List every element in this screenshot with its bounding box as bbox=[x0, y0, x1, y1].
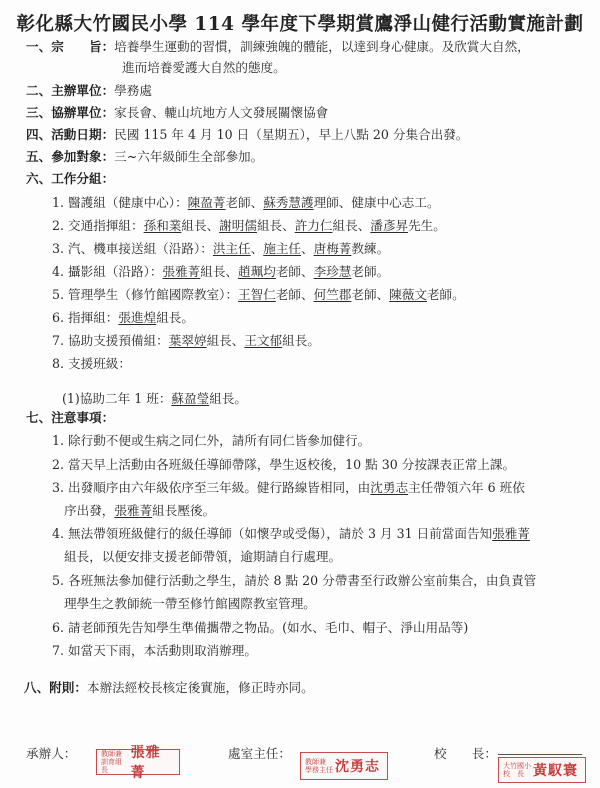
person-name: 潘彥昇 bbox=[370, 218, 408, 233]
person-name: 施主任 bbox=[263, 241, 301, 256]
group-prefix: 5. 管理學生（修竹館國際教室）： bbox=[52, 287, 238, 302]
person-name: 趙珮均 bbox=[238, 264, 276, 279]
note-item-5: 5. 各班無法參加健行活動之學生，請於 8 點 20 分帶書至行政辦公室前集合，… bbox=[52, 572, 536, 590]
section-label: 八、附則： bbox=[24, 680, 87, 695]
section-text: 本辦法經校長核定後實施，修正時亦同。 bbox=[87, 680, 314, 695]
section-label: 三、協辦單位： bbox=[26, 105, 114, 120]
group-item-1: 1. 醫護組（健康中心）：陳盈菁老師、蘇秀慧護理師、健康中心志工。 bbox=[52, 194, 440, 212]
person-name: 張雅菁 bbox=[492, 526, 530, 541]
group-text: 組長。 bbox=[156, 310, 194, 325]
stamp-name: 張雅菁 bbox=[131, 742, 175, 782]
handler-label: 承辦人： bbox=[26, 743, 76, 762]
stamp-title: 教師兼 訓育組長 bbox=[101, 750, 129, 774]
section-label: 四、活動日期： bbox=[26, 127, 114, 142]
group-text: 老師、 bbox=[351, 287, 389, 302]
person-name: 陳薇文 bbox=[389, 287, 427, 302]
person-name: 沈勇志 bbox=[370, 480, 408, 495]
group-text: 老師、 bbox=[276, 264, 314, 279]
person-name: 陳盈菁 bbox=[188, 195, 226, 210]
group-text: 老師。 bbox=[351, 264, 389, 279]
group-prefix: 6. 指揮組： bbox=[52, 310, 118, 325]
section-text: 培養學生運動的習慣，訓練強魄的體能，以達到身心健康。及欣賞大自然， bbox=[114, 39, 530, 54]
section-label: 六、工作分組： bbox=[26, 171, 114, 186]
note-text: 組長壓後。 bbox=[152, 503, 215, 518]
group-item-3: 3. 汽、機車接送組（沿路）：洪主任、施主任、唐梅菁教練。 bbox=[52, 240, 389, 258]
person-name: 何竺郡 bbox=[314, 287, 352, 302]
section-work-groups: 六、工作分組： bbox=[26, 170, 114, 188]
section-label: 七、注意事項： bbox=[26, 410, 114, 425]
group-item-5: 5. 管理學生（修竹館國際教室）：王智仁老師、何竺郡老師、陳薇文老師。 bbox=[52, 286, 465, 304]
document-page: 彰化縣大竹國民小學 114 學年度下學期賞鷹淨山健行活動實施計劃 一、宗 旨：培… bbox=[0, 0, 600, 788]
stamp-name: 沈勇志 bbox=[335, 756, 380, 776]
note-item-7: 7. 如當天下雨，本活動則取消辦理。 bbox=[52, 642, 257, 660]
person-name: 王智仁 bbox=[238, 287, 276, 302]
group-item-8: 8. 支援班級： bbox=[52, 355, 131, 373]
group-item-7: 7. 協助支援預備組：葉翠婷組長、王文郁組長。 bbox=[52, 332, 320, 350]
person-name: 葉翠婷 bbox=[169, 333, 207, 348]
note-item-4: 4. 無法帶領班級健行的級任導師（如懷孕或受傷），請於 3 月 31 日前當面告… bbox=[52, 525, 530, 543]
stamp-title: 教師兼 學務主任 bbox=[305, 758, 333, 774]
stamp-name: 黃馭寰 bbox=[533, 760, 578, 780]
section-purpose: 一、宗 旨：培養學生運動的習慣，訓練強魄的體能，以達到身心健康。及欣賞大自然， bbox=[26, 38, 530, 56]
group-prefix: 7. 協助支援預備組： bbox=[52, 333, 169, 348]
group-text: 老師。 bbox=[427, 287, 465, 302]
note-text: 4. 無法帶領班級健行的級任導師（如懷孕或受傷），請於 3 月 31 日前當面告… bbox=[52, 526, 492, 541]
section-label: 二、主辦單位： bbox=[26, 83, 114, 98]
person-name: 蘇秀慧護 bbox=[263, 195, 313, 210]
person-name: 張雅菁 bbox=[114, 503, 152, 518]
group-text: 組長、 bbox=[200, 264, 238, 279]
section-label: 五、參加對象： bbox=[26, 149, 114, 164]
note-text: 3. 出發順序由六年級依序至三年級。健行路線皆相同，由 bbox=[52, 480, 370, 495]
note-text: 序出發， bbox=[64, 503, 114, 518]
person-name: 洪主任 bbox=[213, 241, 251, 256]
support-suffix: 組長。 bbox=[209, 391, 247, 406]
note-item-3: 3. 出發順序由六年級依序至三年級。健行路線皆相同，由沈勇志主任帶領六年 6 班… bbox=[52, 479, 525, 497]
person-name: 唐梅菁 bbox=[314, 241, 352, 256]
group-text: 組長、 bbox=[333, 218, 371, 233]
group-prefix: 8. 支援班級： bbox=[52, 356, 131, 371]
note-text: 主任帶領六年 6 班依 bbox=[408, 480, 525, 495]
group-text: 組長。 bbox=[282, 333, 320, 348]
note-item-5-continued: 理學生之教師統一帶至修竹館國際教室管理。 bbox=[64, 595, 316, 613]
note-item-6: 6. 請老師預先告知學生準備攜帶之物品。(如水、毛巾、帽子、淨山用品等) bbox=[52, 619, 468, 637]
group-item-2: 2. 交通指揮組：孫和業組長、謝明儒組長、許力仁組長、潘彥昇先生。 bbox=[52, 217, 446, 235]
group-item-4: 4. 攝影組（沿路）：張雅菁組長、趙珮均老師、李珍慧老師。 bbox=[52, 263, 389, 281]
group-text: 先生。 bbox=[408, 218, 446, 233]
group-text: 理師、健康中心志工。 bbox=[314, 195, 440, 210]
group-text: 組長、 bbox=[257, 218, 295, 233]
section-text: 三~六年級師生全部參加。 bbox=[114, 149, 263, 164]
group-prefix: 1. 醫護組（健康中心）： bbox=[52, 195, 188, 210]
section-text: 學務處 bbox=[114, 83, 152, 98]
group-text: 、 bbox=[301, 241, 314, 256]
group-prefix: 2. 交通指揮組： bbox=[52, 218, 144, 233]
section-notes: 七、注意事項： bbox=[26, 409, 114, 427]
person-name: 李珍慧 bbox=[314, 264, 352, 279]
person-name: 蘇盈瑩 bbox=[171, 391, 209, 406]
support-prefix: (1)協助二年 1 班： bbox=[62, 391, 171, 406]
stamp-title: 大竹國小 校 長 bbox=[503, 762, 531, 778]
section-participants: 五、參加對象：三~六年級師生全部參加。 bbox=[26, 148, 263, 166]
group-prefix: 4. 攝影組（沿路）： bbox=[52, 264, 162, 279]
group-prefix: 3. 汽、機車接送組（沿路）： bbox=[52, 241, 213, 256]
principal-label: 校 長： bbox=[434, 743, 497, 762]
section-text: 家長會、轆山坑地方人文發展關懷協會 bbox=[114, 105, 328, 120]
principal-stamp: 大竹國小 校 長 黃馭寰 bbox=[498, 757, 586, 783]
group-text: 老師、 bbox=[276, 287, 314, 302]
group-text: 教練。 bbox=[351, 241, 389, 256]
note-item-1: 1. 除行動不便或生病之同仁外，請所有同仁皆參加健行。 bbox=[52, 432, 370, 450]
section-appendix: 八、附則：本辦法經校長核定後實施，修正時亦同。 bbox=[24, 679, 314, 697]
group-text: 組長、 bbox=[207, 333, 245, 348]
group-text: 老師、 bbox=[225, 195, 263, 210]
section-date: 四、活動日期：民國 115 年 4 月 10 日（星期五），早上八點 20 分集… bbox=[26, 126, 468, 144]
note-item-3-continued: 序出發，張雅菁組長壓後。 bbox=[64, 502, 215, 520]
handler-stamp: 教師兼 訓育組長 張雅菁 bbox=[96, 749, 180, 775]
section-label: 一、宗 旨： bbox=[26, 39, 114, 54]
note-item-4-continued: 組長，以便安排支援老師帶領，逾期請自行處理。 bbox=[64, 548, 341, 566]
director-label: 處室主任： bbox=[228, 743, 291, 762]
group-text: 、 bbox=[251, 241, 264, 256]
person-name: 孫和業 bbox=[144, 218, 182, 233]
support-class-item: (1)協助二年 1 班：蘇盈瑩組長。 bbox=[62, 390, 247, 408]
person-name: 張雅菁 bbox=[162, 264, 200, 279]
section-co-organizer: 三、協辦單位：家長會、轆山坑地方人文發展關懷協會 bbox=[26, 104, 328, 122]
note-item-2: 2. 當天早上活動由各班級任導師帶隊，學生返校後，10 點 30 分按課表正常上… bbox=[52, 456, 515, 474]
section-text: 民國 115 年 4 月 10 日（星期五），早上八點 20 分集合出發。 bbox=[114, 127, 468, 142]
principal-signature-line bbox=[498, 754, 582, 755]
director-stamp: 教師兼 學務主任 沈勇志 bbox=[300, 752, 388, 780]
person-name: 張進煌 bbox=[118, 310, 156, 325]
person-name: 王文郁 bbox=[244, 333, 282, 348]
section-organizer: 二、主辦單位：學務處 bbox=[26, 82, 152, 100]
group-item-6: 6. 指揮組：張進煌組長。 bbox=[52, 309, 194, 327]
person-name: 許力仁 bbox=[295, 218, 333, 233]
section-purpose-continued: 進而培養愛護大自然的態度。 bbox=[122, 59, 286, 77]
document-title: 彰化縣大竹國民小學 114 學年度下學期賞鷹淨山健行活動實施計劃 bbox=[0, 10, 600, 36]
group-text: 組長、 bbox=[181, 218, 219, 233]
person-name: 謝明儒 bbox=[219, 218, 257, 233]
